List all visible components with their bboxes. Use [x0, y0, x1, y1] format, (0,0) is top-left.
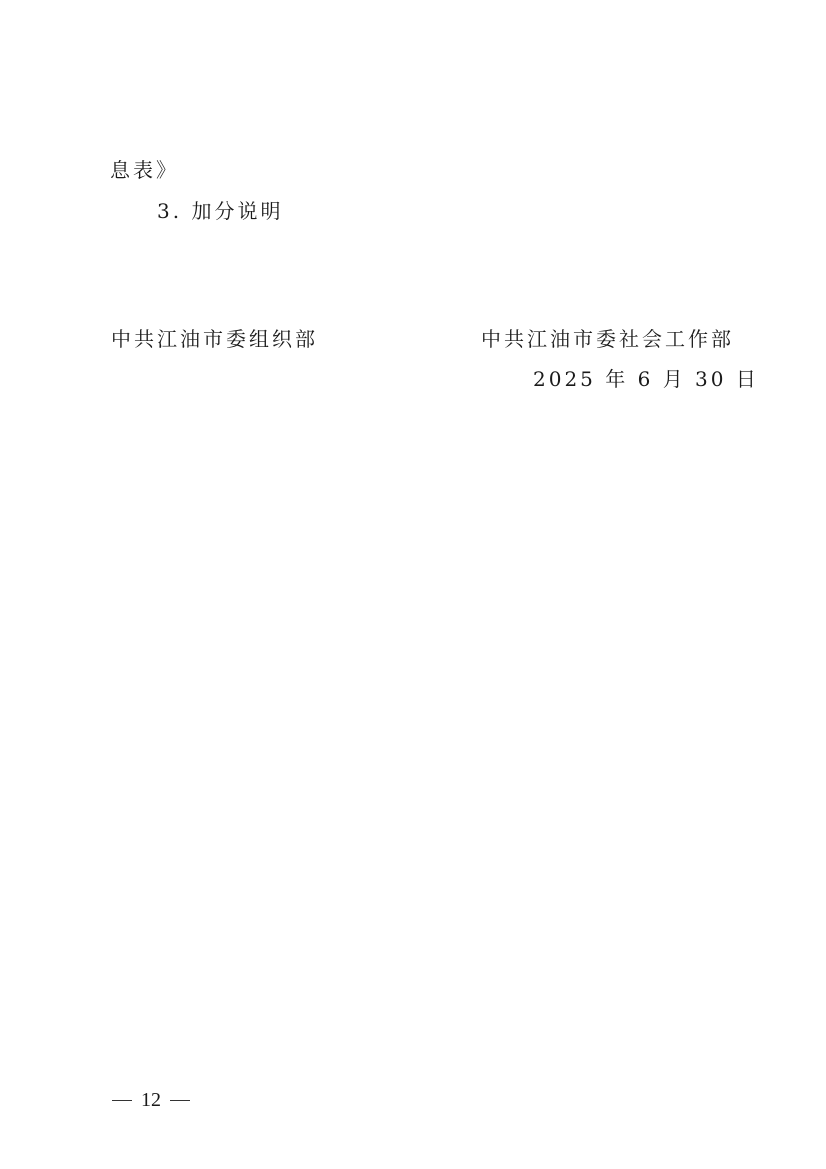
signature-date: 2025 年 6 月 30 日 — [533, 367, 759, 391]
issuing-org-right: 中共江油市委社会工作部 — [481, 327, 734, 351]
dash-right-decoration — [170, 1100, 190, 1101]
attachment-item-3: 3. 加分说明 — [157, 199, 283, 223]
issuing-org-left: 中共江油市委组织部 — [111, 327, 318, 351]
continuation-text: 息表》 — [110, 158, 179, 182]
page-footer: 12 — [112, 1088, 190, 1112]
page-number: 12 — [141, 1089, 161, 1111]
dash-left-decoration — [112, 1100, 132, 1101]
